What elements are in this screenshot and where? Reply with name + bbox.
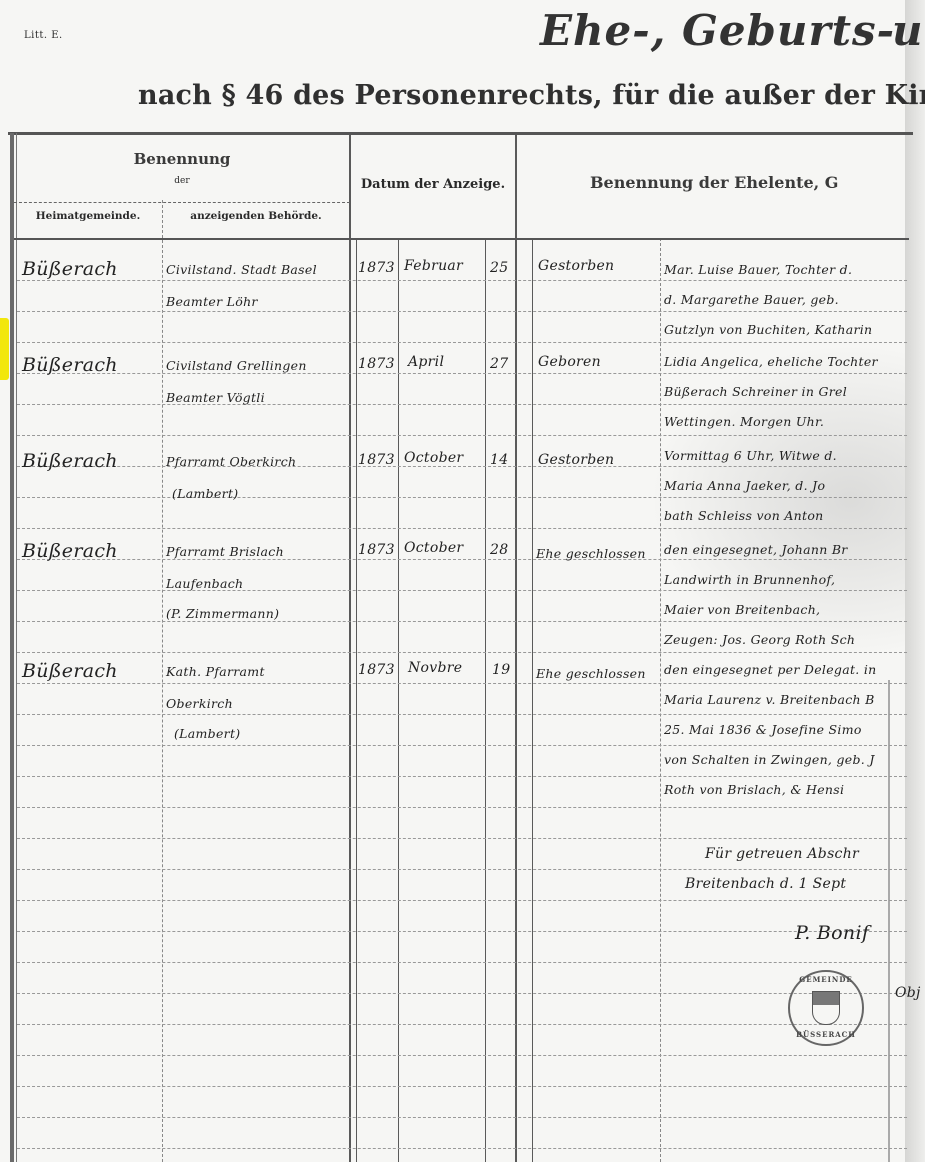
table-left-border-inner	[16, 133, 17, 1162]
row3-behoerde-2: (Lambert)	[172, 486, 238, 501]
stamp-text-top: GEMEINDE	[799, 975, 852, 984]
row4-heimat: Büßerach	[22, 540, 118, 562]
row5-day: 19	[492, 662, 510, 678]
header-benennung: Benennung	[14, 150, 350, 168]
cert-signature: P. Bonif	[795, 922, 869, 944]
row2-month: April	[408, 354, 444, 370]
row2-year: 1873	[358, 356, 395, 372]
header-anzeigende-behoerde: anzeigenden Behörde.	[162, 210, 350, 222]
row3-behoerde-1: Pfarramt Oberkirch	[166, 454, 296, 469]
row5-behoerde-3: (Lambert)	[174, 726, 240, 741]
row3-year: 1873	[358, 452, 395, 468]
row5-behoerde-1: Kath. Pfarramt	[166, 664, 265, 679]
row3-month: October	[404, 450, 463, 466]
row4-day: 28	[490, 542, 508, 558]
row5-detail-4: von Schalten in Zwingen, geb. J	[664, 752, 875, 767]
coat-of-arms-icon	[812, 991, 840, 1025]
row4-event: Ehe geschlossen	[536, 546, 646, 561]
row5-heimat: Büßerach	[22, 660, 118, 682]
row5-detail-3: 25. Mai 1836 & Josefine Simo	[664, 722, 862, 737]
row2-behoerde-2: Beamter Vögtli	[166, 390, 265, 405]
row2-heimat: Büßerach	[22, 354, 118, 376]
header-benennung-der: der	[14, 176, 350, 186]
row5-event: Ehe geschlossen	[536, 666, 646, 681]
col-divider-heimat	[162, 200, 163, 1162]
header-datum: Datum der Anzeige.	[351, 177, 515, 192]
form-reference: Litt. E.	[24, 30, 63, 41]
row1-behoerde-2: Beamter Löhr	[166, 294, 258, 309]
row2-detail-1: Lidia Angelica, eheliche Tochter	[664, 354, 878, 369]
row5-detail-2: Maria Laurenz v. Breitenbach B	[664, 692, 875, 707]
col-divider-behoerde	[349, 135, 351, 1162]
row4-detail-1: den eingesegnet, Johann Br	[664, 542, 848, 557]
row3-heimat: Büßerach	[22, 450, 118, 472]
row2-detail-3: Wettingen. Morgen Uhr.	[664, 414, 824, 429]
row4-behoerde-1: Pfarramt Brislach	[166, 544, 284, 559]
row1-detail-3: Gutzlyn von Buchiten, Katharin	[664, 322, 872, 337]
row4-detail-4: Zeugen: Jos. Georg Roth Sch	[664, 632, 855, 647]
row5-detail-5: Roth von Brislach, & Hensi	[664, 782, 844, 797]
header-heimatgemeinde: Heimatgemeinde.	[14, 210, 162, 222]
row2-day: 27	[490, 356, 508, 372]
row4-year: 1873	[358, 542, 395, 558]
form-title-cut: u	[892, 6, 924, 55]
row3-day: 14	[490, 452, 508, 468]
row1-month: Februar	[404, 258, 463, 274]
form-subtitle: nach § 46 des Personenrechts, für die au…	[138, 80, 925, 111]
header-ehelente: Benennung der Ehelente, G	[590, 173, 838, 192]
highlight-marker	[0, 318, 9, 380]
row1-behoerde-1: Civilstand. Stadt Basel	[166, 262, 317, 277]
header-bottom-border	[14, 238, 909, 240]
row4-behoerde-2: Laufenbach	[166, 576, 243, 591]
form-title-text: Ehe-, Geburts-	[540, 6, 895, 55]
row1-heimat: Büßerach	[22, 258, 118, 280]
row1-day: 25	[490, 260, 508, 276]
row4-detail-2: Landwirth in Brunnenhof,	[664, 572, 835, 587]
row3-detail-2: Maria Anna Jaeker, d. Jo	[664, 478, 825, 493]
row2-event: Geboren	[538, 354, 601, 370]
stamp-text-bottom: BÜSSERACH	[796, 1030, 856, 1039]
row2-behoerde-1: Civilstand Grellingen	[166, 358, 307, 373]
row5-month: Novbre	[408, 660, 462, 676]
row1-year: 1873	[358, 260, 395, 276]
row2-detail-2: Büßerach Schreiner in Grel	[664, 384, 847, 399]
header-sub-divider	[14, 202, 350, 203]
row1-detail-2: d. Margarethe Bauer, geb.	[664, 292, 839, 307]
form-title: Ehe-, Geburts- u	[540, 6, 895, 55]
row3-detail-1: Vormittag 6 Uhr, Witwe d.	[664, 448, 837, 463]
row5-year: 1873	[358, 662, 395, 678]
row4-detail-3: Maier von Breitenbach,	[664, 602, 820, 617]
row5-detail-1: den eingesegnet per Delegat. in	[664, 662, 876, 677]
col-divider-datum-right	[515, 135, 517, 1162]
row4-behoerde-3: (P. Zimmermann)	[166, 606, 279, 621]
table-left-border	[10, 133, 14, 1162]
document-page: Litt. E. Ehe-, Geburts- u nach § 46 des …	[0, 0, 925, 1162]
cert-line-4: Obj	[895, 985, 921, 1001]
table-top-border	[8, 132, 913, 135]
cert-line-2: Breitenbach d. 1 Sept	[685, 876, 846, 892]
row4-month: October	[404, 540, 463, 556]
cert-line-1: Für getreuen Abschr	[705, 846, 859, 862]
municipal-stamp: GEMEINDE BÜSSERACH	[788, 970, 864, 1046]
row1-detail-1: Mar. Luise Bauer, Tochter d.	[664, 262, 852, 277]
page-fold	[888, 680, 890, 1162]
row3-event: Gestorben	[538, 452, 614, 468]
row5-behoerde-2: Oberkirch	[166, 696, 233, 711]
row1-event: Gestorben	[538, 258, 614, 274]
row3-detail-3: bath Schleiss von Anton	[664, 508, 824, 523]
